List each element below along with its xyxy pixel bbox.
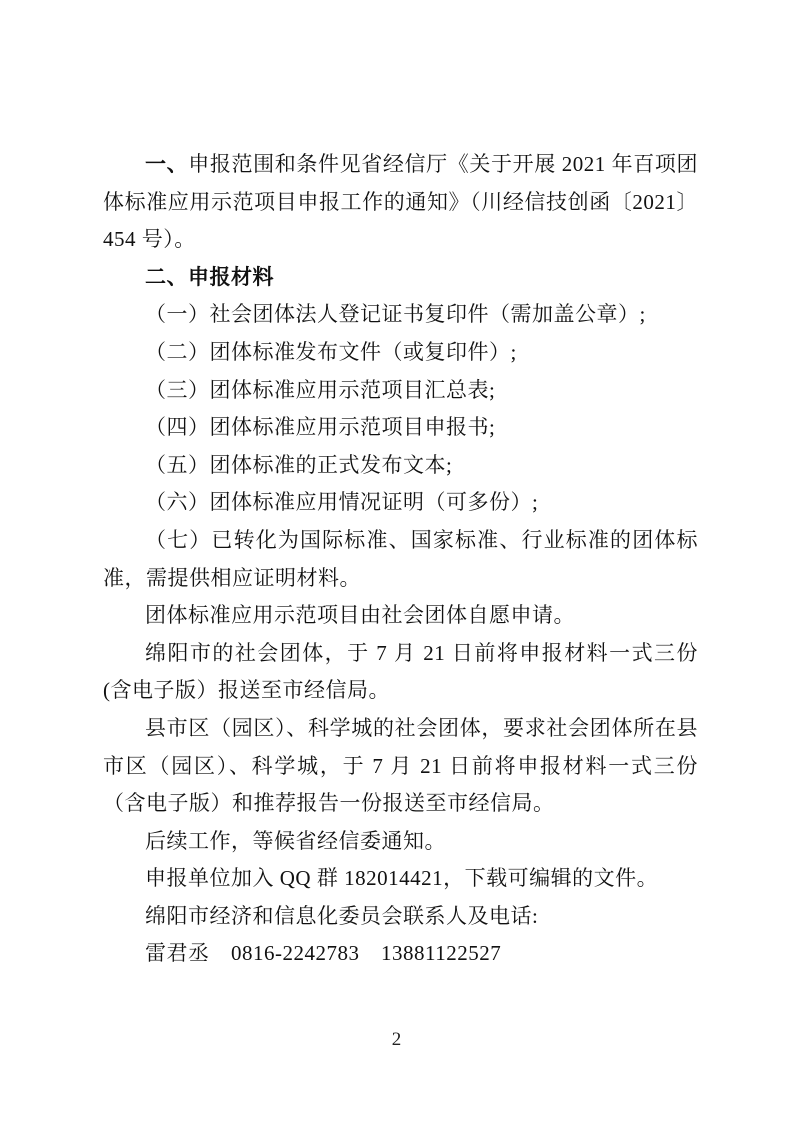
list-item-3: （三）团体标准应用示范项目汇总表; (103, 372, 698, 410)
document-page: 一、申报范围和条件见省经信厅《关于开展 2021 年百项团体标准应用示范项目申报… (0, 0, 793, 1122)
paragraph-intro: 一、申报范围和条件见省经信厅《关于开展 2021 年百项团体标准应用示范项目申报… (103, 146, 698, 259)
paragraph-mianyang-deadline: 绵阳市的社会团体，于 7 月 21 日前将申报材料一式三份(含电子版）报送至市经… (103, 635, 698, 710)
list-item-6: （六）团体标准应用情况证明（可多份）; (103, 484, 698, 522)
paragraph-county-deadline: 县市区（园区）、科学城的社会团体，要求社会团体所在县市区（园区）、科学城，于 7… (103, 710, 698, 823)
paragraph-qq-group: 申报单位加入 QQ 群 182014421，下载可编辑的文件。 (103, 860, 698, 898)
document-body: 一、申报范围和条件见省经信厅《关于开展 2021 年百项团体标准应用示范项目申报… (103, 146, 698, 973)
paragraph-contact-info: 雷君丞 0816-2242783 13881122527 (103, 935, 698, 973)
paragraph-contact-title: 绵阳市经济和信息化委员会联系人及电话: (103, 898, 698, 936)
list-item-5: （五）团体标准的正式发布文本; (103, 447, 698, 485)
list-item-4: （四）团体标准应用示范项目申报书; (103, 409, 698, 447)
page-number: 2 (0, 1026, 793, 1054)
paragraph-voluntary: 团体标准应用示范项目由社会团体自愿申请。 (103, 597, 698, 635)
paragraph-intro-text: 申报范围和条件见省经信厅《关于开展 2021 年百项团体标准应用示范项目申报工作… (103, 152, 698, 251)
list-item-1: （一）社会团体法人登记证书复印件（需加盖公章）; (103, 296, 698, 334)
list-item-7: （七）已转化为国际标准、国家标准、行业标准的团体标准，需提供相应证明材料。 (103, 522, 698, 597)
list-item-2: （二）团体标准发布文件（或复印件）; (103, 334, 698, 372)
paragraph-followup: 后续工作，等候省经信委通知。 (103, 823, 698, 861)
section-one-marker: 一、 (145, 153, 188, 176)
section-two-heading: 二、申报材料 (103, 259, 698, 297)
